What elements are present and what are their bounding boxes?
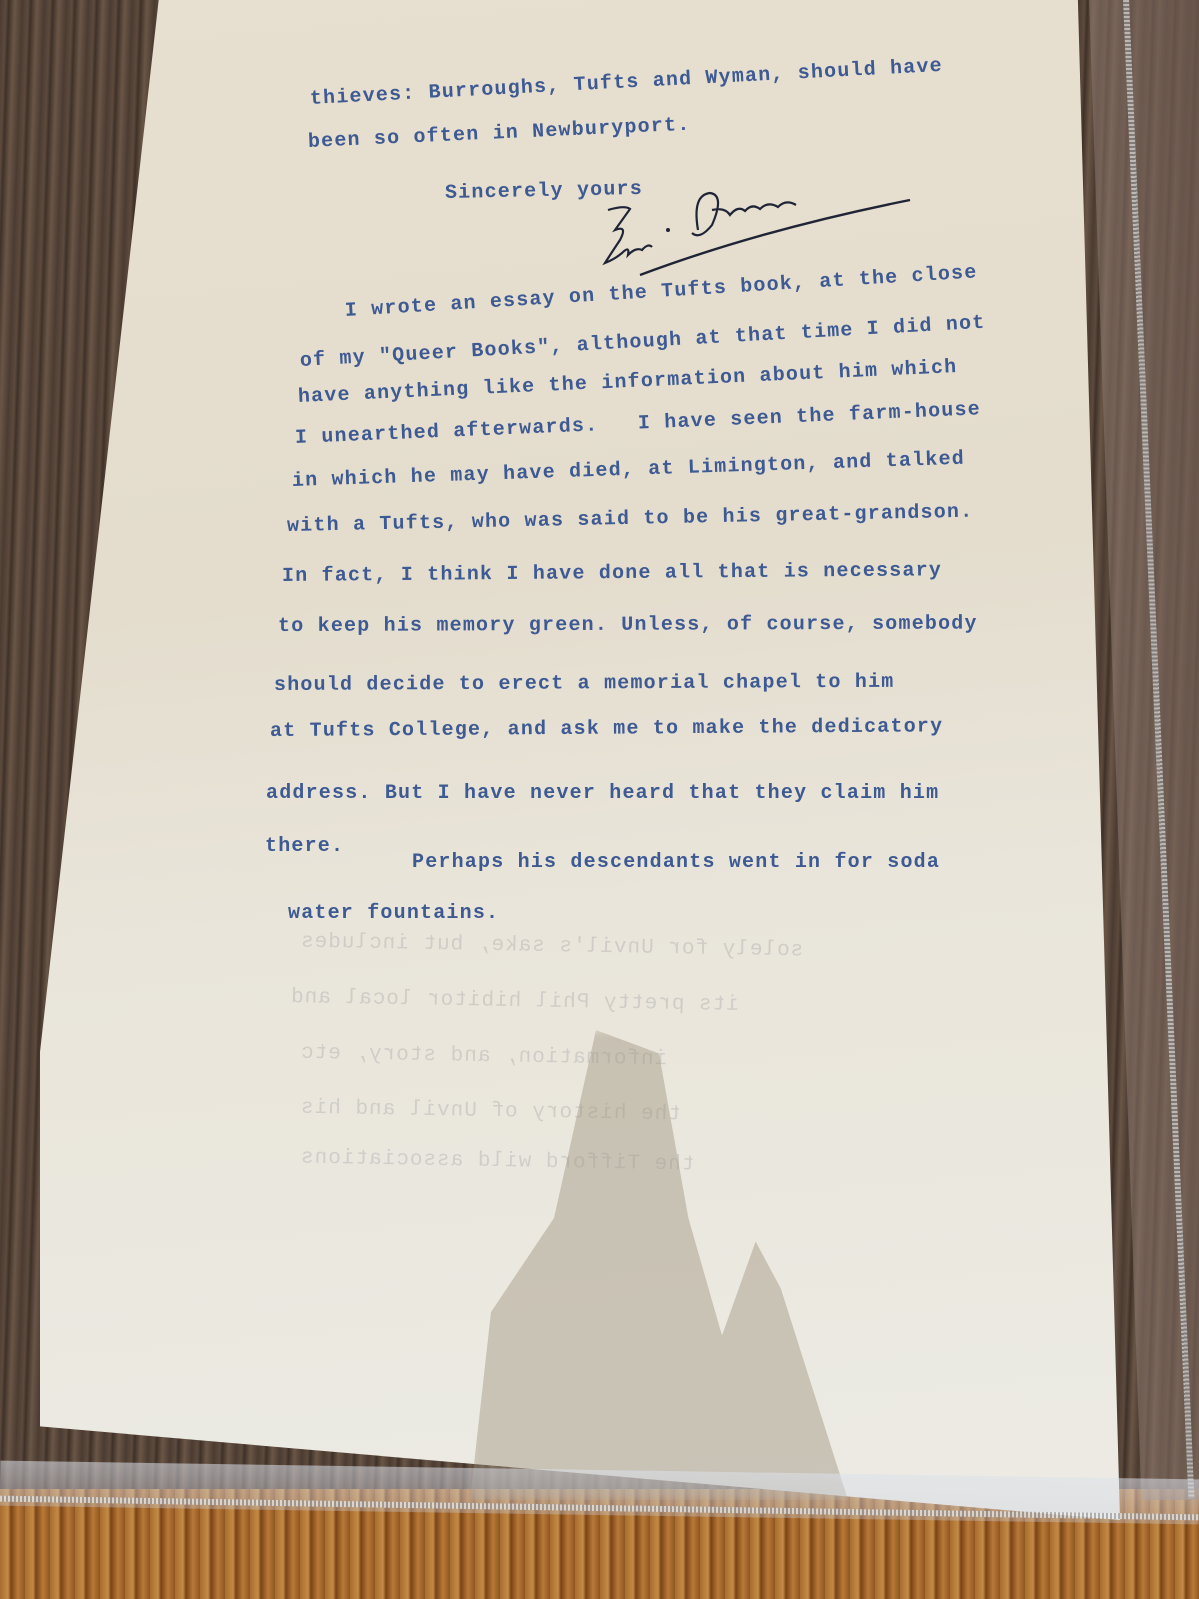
text-line: water fountains. — [288, 902, 499, 925]
letter-body: thieves: Burroughs, Tufts and Wyman, sho… — [0, 0, 1199, 1599]
text-line: Perhaps his descendants went in for soda — [412, 851, 940, 874]
text-line: should decide to erect a memorial chapel… — [274, 671, 895, 697]
text-line: in which he may have died, at Limington,… — [292, 448, 966, 493]
text-line: at Tufts College, and ask me to make the… — [270, 715, 943, 743]
text-line: been so often in Newburyport. — [307, 114, 691, 154]
text-line: thieves: Burroughs, Tufts and Wyman, sho… — [309, 55, 943, 111]
text-line: In fact, I think I have done all that is… — [282, 559, 942, 588]
text-line: address. But I have never heard that the… — [266, 782, 939, 805]
text-line: to keep his memory green. Unless, of cou… — [278, 613, 978, 638]
text-line: I unearthed afterwards. I have seen the … — [295, 398, 982, 450]
photo-scene: solely for Unvil's sake, but includes it… — [0, 0, 1199, 1599]
text-line: there. — [265, 835, 344, 858]
text-line: with a Tufts, who was said to be his gre… — [287, 501, 974, 538]
